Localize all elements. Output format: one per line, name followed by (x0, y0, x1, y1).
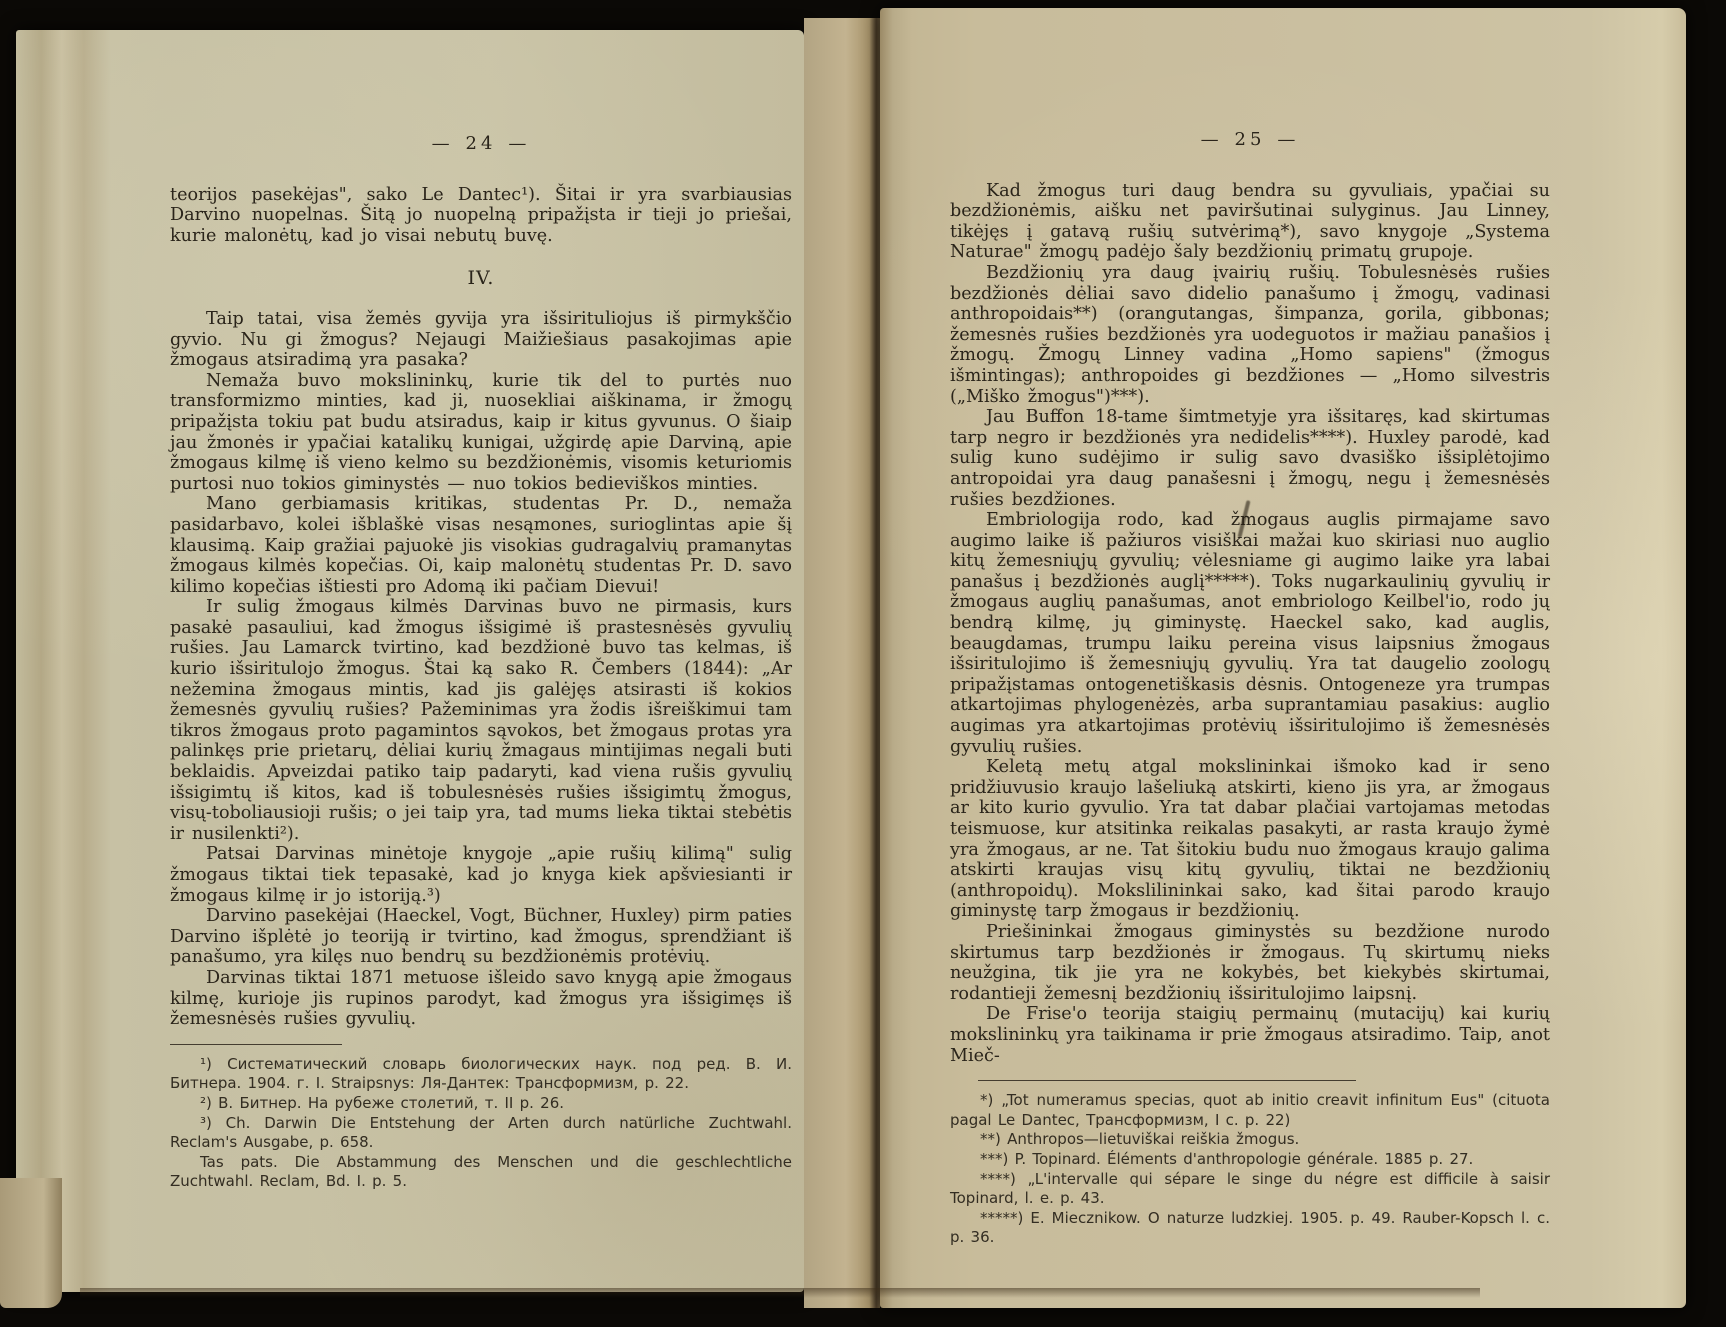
paragraph: Bezdžionių yra daug įvairių rušių. Tobul… (950, 263, 1550, 407)
page-number-left: — 24 — (170, 134, 792, 155)
footnote: ³) Ch. Darwin Die Entstehung der Arten d… (170, 1114, 792, 1153)
section-heading: IV. (170, 268, 792, 289)
paragraph: Jau Buffon 18-tame šimtmetyje yra išsita… (950, 407, 1550, 510)
right-page-text-column: — 25 — Kad žmogus turi daug bendra su gy… (950, 8, 1550, 1248)
footnote: ****) „L'intervalle qui sépare le singe … (950, 1170, 1550, 1209)
footnote: **) Anthropos—lietuviškai reiškia žmogus… (950, 1130, 1550, 1150)
footnote: *****) E. Miecznikow. O naturze ludzkiej… (950, 1209, 1550, 1248)
footnote: Tas pats. Die Abstammung des Menschen un… (170, 1153, 792, 1192)
right-page: — 25 — Kad žmogus turi daug bendra su gy… (880, 8, 1686, 1308)
paragraph: Darvino pasekėjai (Haeckel, Vogt, Büchne… (170, 906, 792, 968)
left-footnotes: ¹) Систематический словарь биологических… (170, 1055, 792, 1192)
right-footnotes: *) „Tot numeramus specias, quot ab initi… (950, 1091, 1550, 1248)
left-page-text-column: — 24 — teorijos pasekėjas", sako Le Dant… (170, 30, 792, 1192)
footnote-separator (170, 1044, 342, 1045)
under-page-corner (0, 1178, 62, 1308)
paragraph: Priešininkai žmogaus giminystės su bezdž… (950, 922, 1550, 1004)
footnote-separator (978, 1080, 1356, 1081)
footnote: ²) В. Битнер. На рубеже столетий, т. II … (170, 1094, 792, 1114)
book-gutter (804, 18, 880, 1308)
paragraph: Kad žmogus turi daug bendra su gyvuliais… (950, 181, 1550, 263)
page-bottom-shadow (80, 1288, 1480, 1298)
paragraph: teorijos pasekėjas", sako Le Dantec¹). Š… (170, 185, 792, 247)
paragraph: Embriologija rodo, kad žmogaus auglis pi… (950, 510, 1550, 757)
paragraph: Mano gerbiamasis kritikas, studentas Pr.… (170, 494, 792, 597)
paragraph: Darvinas tiktai 1871 metuose išleido sav… (170, 968, 792, 1030)
paragraph: De Frise'o teorija staigių permainų (mut… (950, 1004, 1550, 1066)
footnote: ¹) Систематический словарь биологических… (170, 1055, 792, 1094)
paragraph: Ir sulig žmogaus kilmės Darvinas buvo ne… (170, 597, 792, 844)
book-scan: { "colors": { "background": "#0b0906", "… (0, 0, 1726, 1327)
footnote: *) „Tot numeramus specias, quot ab initi… (950, 1091, 1550, 1130)
paragraph: Taip tatai, visa žemės gyvija yra išsiri… (170, 309, 792, 371)
left-page: — 24 — teorijos pasekėjas", sako Le Dant… (16, 30, 804, 1292)
footnote: ***) P. Topinard. Éléments d'anthropolog… (950, 1150, 1550, 1170)
paragraph: Keletą metų atgal mokslininkai išmoko ka… (950, 757, 1550, 922)
paragraph: Patsai Darvinas minėtoje knygoje „apie r… (170, 844, 792, 906)
page-number-right: — 25 — (950, 130, 1550, 151)
paragraph: Nemaža buvo mokslininkų, kurie tik del t… (170, 371, 792, 495)
